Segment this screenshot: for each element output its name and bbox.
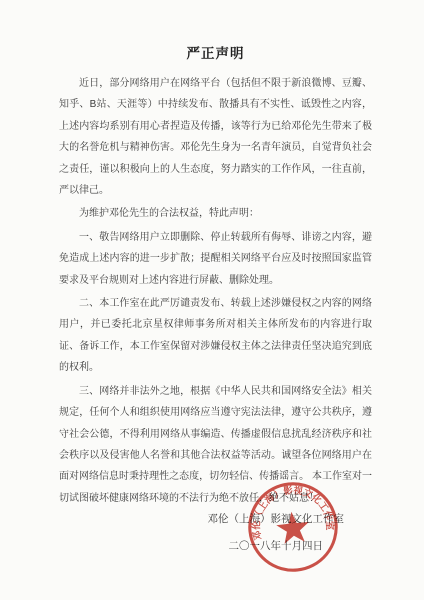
official-seal: 邓伦（上海）影视文化工作室	[240, 474, 346, 580]
statement-paragraph-3: 一、敬告网络用户立即删除、停止转载所有侮辱、诽谤之内容，避免造成上述内容的进一步…	[59, 227, 372, 291]
statement-paragraph-1: 近日，部分网络用户在网络平台（包括但不限于新浪微博、豆瓣、知乎、B站、天涯等）中…	[59, 73, 372, 201]
star-icon	[275, 510, 311, 545]
statement-page: 严正声明 近日，部分网络用户在网络平台（包括但不限于新浪微博、豆瓣、知乎、B站、…	[0, 0, 424, 600]
statement-paragraph-4: 二、本工作室在此严厉谴责发布、转载上述涉嫌侵权之内容的网络用户，并已委托北京星权…	[59, 293, 372, 379]
statement-paragraph-2: 为维护邓伦先生的合法权益，特此声明：	[59, 203, 372, 224]
statement-title: 严正声明	[59, 42, 372, 62]
statement-body: 严正声明 近日，部分网络用户在网络平台（包括但不限于新浪微博、豆瓣、知乎、B站、…	[59, 42, 372, 511]
